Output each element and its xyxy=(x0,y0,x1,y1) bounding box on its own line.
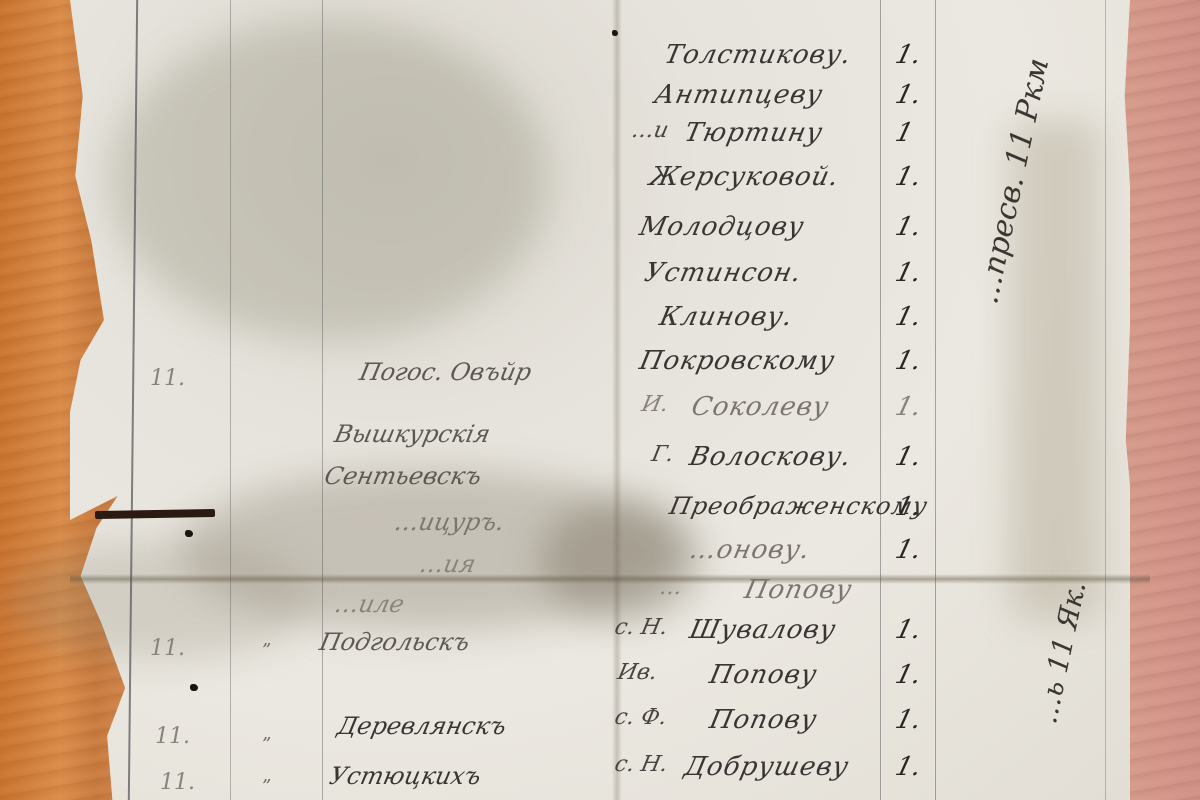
recipient-prefix: с. Ф. xyxy=(612,705,669,730)
recipient-prefix: Г. xyxy=(649,442,676,467)
recipient-name: Молодцову xyxy=(637,212,807,242)
place-name: …иле xyxy=(332,590,407,618)
ledger-entries: Толстикову. 1. Антипцеву 1. …и Тюртину 1… xyxy=(0,0,1200,800)
place-name: Подгольскъ xyxy=(317,628,472,656)
recipient-prefix: И. xyxy=(639,392,671,417)
row-number: 11. xyxy=(160,770,195,795)
recipient-name: Шувалову xyxy=(687,615,839,645)
recipient-count: 1. xyxy=(892,392,924,422)
ledger-row: Ив. Попову 1. xyxy=(0,660,1200,700)
recipient-count: 1. xyxy=(892,40,924,70)
recipient-name: Попову xyxy=(707,660,820,690)
recipient-count: 1. xyxy=(892,80,924,110)
recipient-prefix: … xyxy=(657,575,684,600)
recipient-name: Антипцеву xyxy=(652,80,826,110)
ledger-row: … Попову xyxy=(0,575,1200,615)
ledger-row: И. Соколеву 1. xyxy=(0,392,1200,432)
row-number: 11. xyxy=(150,366,185,391)
recipient-count: 1. xyxy=(892,705,924,735)
recipient-name: Тюртину xyxy=(682,118,826,148)
place-name: …ия xyxy=(417,550,478,578)
place-name: …ицуръ. xyxy=(392,508,507,536)
row-number: 11. xyxy=(150,636,185,661)
recipient-count: 1. xyxy=(892,258,924,288)
ledger-row: …онову. 1. xyxy=(0,535,1200,575)
recipient-name: Попову xyxy=(707,705,820,735)
recipient-prefix: с. Н. xyxy=(612,752,670,777)
recipient-count: 1. xyxy=(892,535,924,565)
recipient-name: Добрушеву xyxy=(682,752,852,782)
recipient-prefix: Ив. xyxy=(615,660,659,685)
recipient-count: 1. xyxy=(892,212,924,242)
recipient-count: 1. xyxy=(892,162,924,192)
ditto-mark: ” xyxy=(262,776,271,797)
ledger-row: Клинову. 1. xyxy=(0,302,1200,342)
place-name: Устюцкихъ xyxy=(327,762,484,790)
recipient-count: 1. xyxy=(892,346,924,376)
recipient-count: 1. xyxy=(892,615,924,645)
recipient-count: 1. xyxy=(892,752,924,782)
recipient-name: Покровскому xyxy=(637,346,838,376)
ledger-row: Преображенскому 1. xyxy=(0,492,1200,532)
recipient-prefix: с. Н. xyxy=(612,615,670,640)
recipient-name: Преображенскому xyxy=(667,492,931,520)
place-name: Погос. Овъйр xyxy=(357,358,534,386)
ledger-row: Г. Волоскову. 1. xyxy=(0,442,1200,482)
recipient-count: 1. xyxy=(892,660,924,690)
recipient-count: 1. xyxy=(892,442,924,472)
recipient-name: Соколеву xyxy=(689,392,832,422)
place-name: Сентьевскъ xyxy=(322,462,484,490)
recipient-count: 1 xyxy=(892,118,916,148)
recipient-name: Клинову. xyxy=(657,302,796,332)
place-name: Деревлянскъ xyxy=(335,712,509,740)
recipient-name: …онову. xyxy=(687,535,813,565)
ditto-mark: ” xyxy=(262,734,271,755)
place-name: Вышкурскія xyxy=(332,420,493,448)
recipient-prefix: …и xyxy=(629,118,670,143)
recipient-name: Устинсон. xyxy=(642,258,805,288)
ditto-mark: ” xyxy=(262,640,271,661)
recipient-name: Попову xyxy=(742,575,855,605)
recipient-name: Толстикову. xyxy=(662,40,855,70)
recipient-name: Жерсуковой. xyxy=(647,162,842,192)
ledger-row: Устинсон. 1. xyxy=(0,258,1200,298)
recipient-count: 1. xyxy=(892,302,924,332)
recipient-name: Волоскову. xyxy=(687,442,855,472)
row-number: 11. xyxy=(155,724,190,749)
